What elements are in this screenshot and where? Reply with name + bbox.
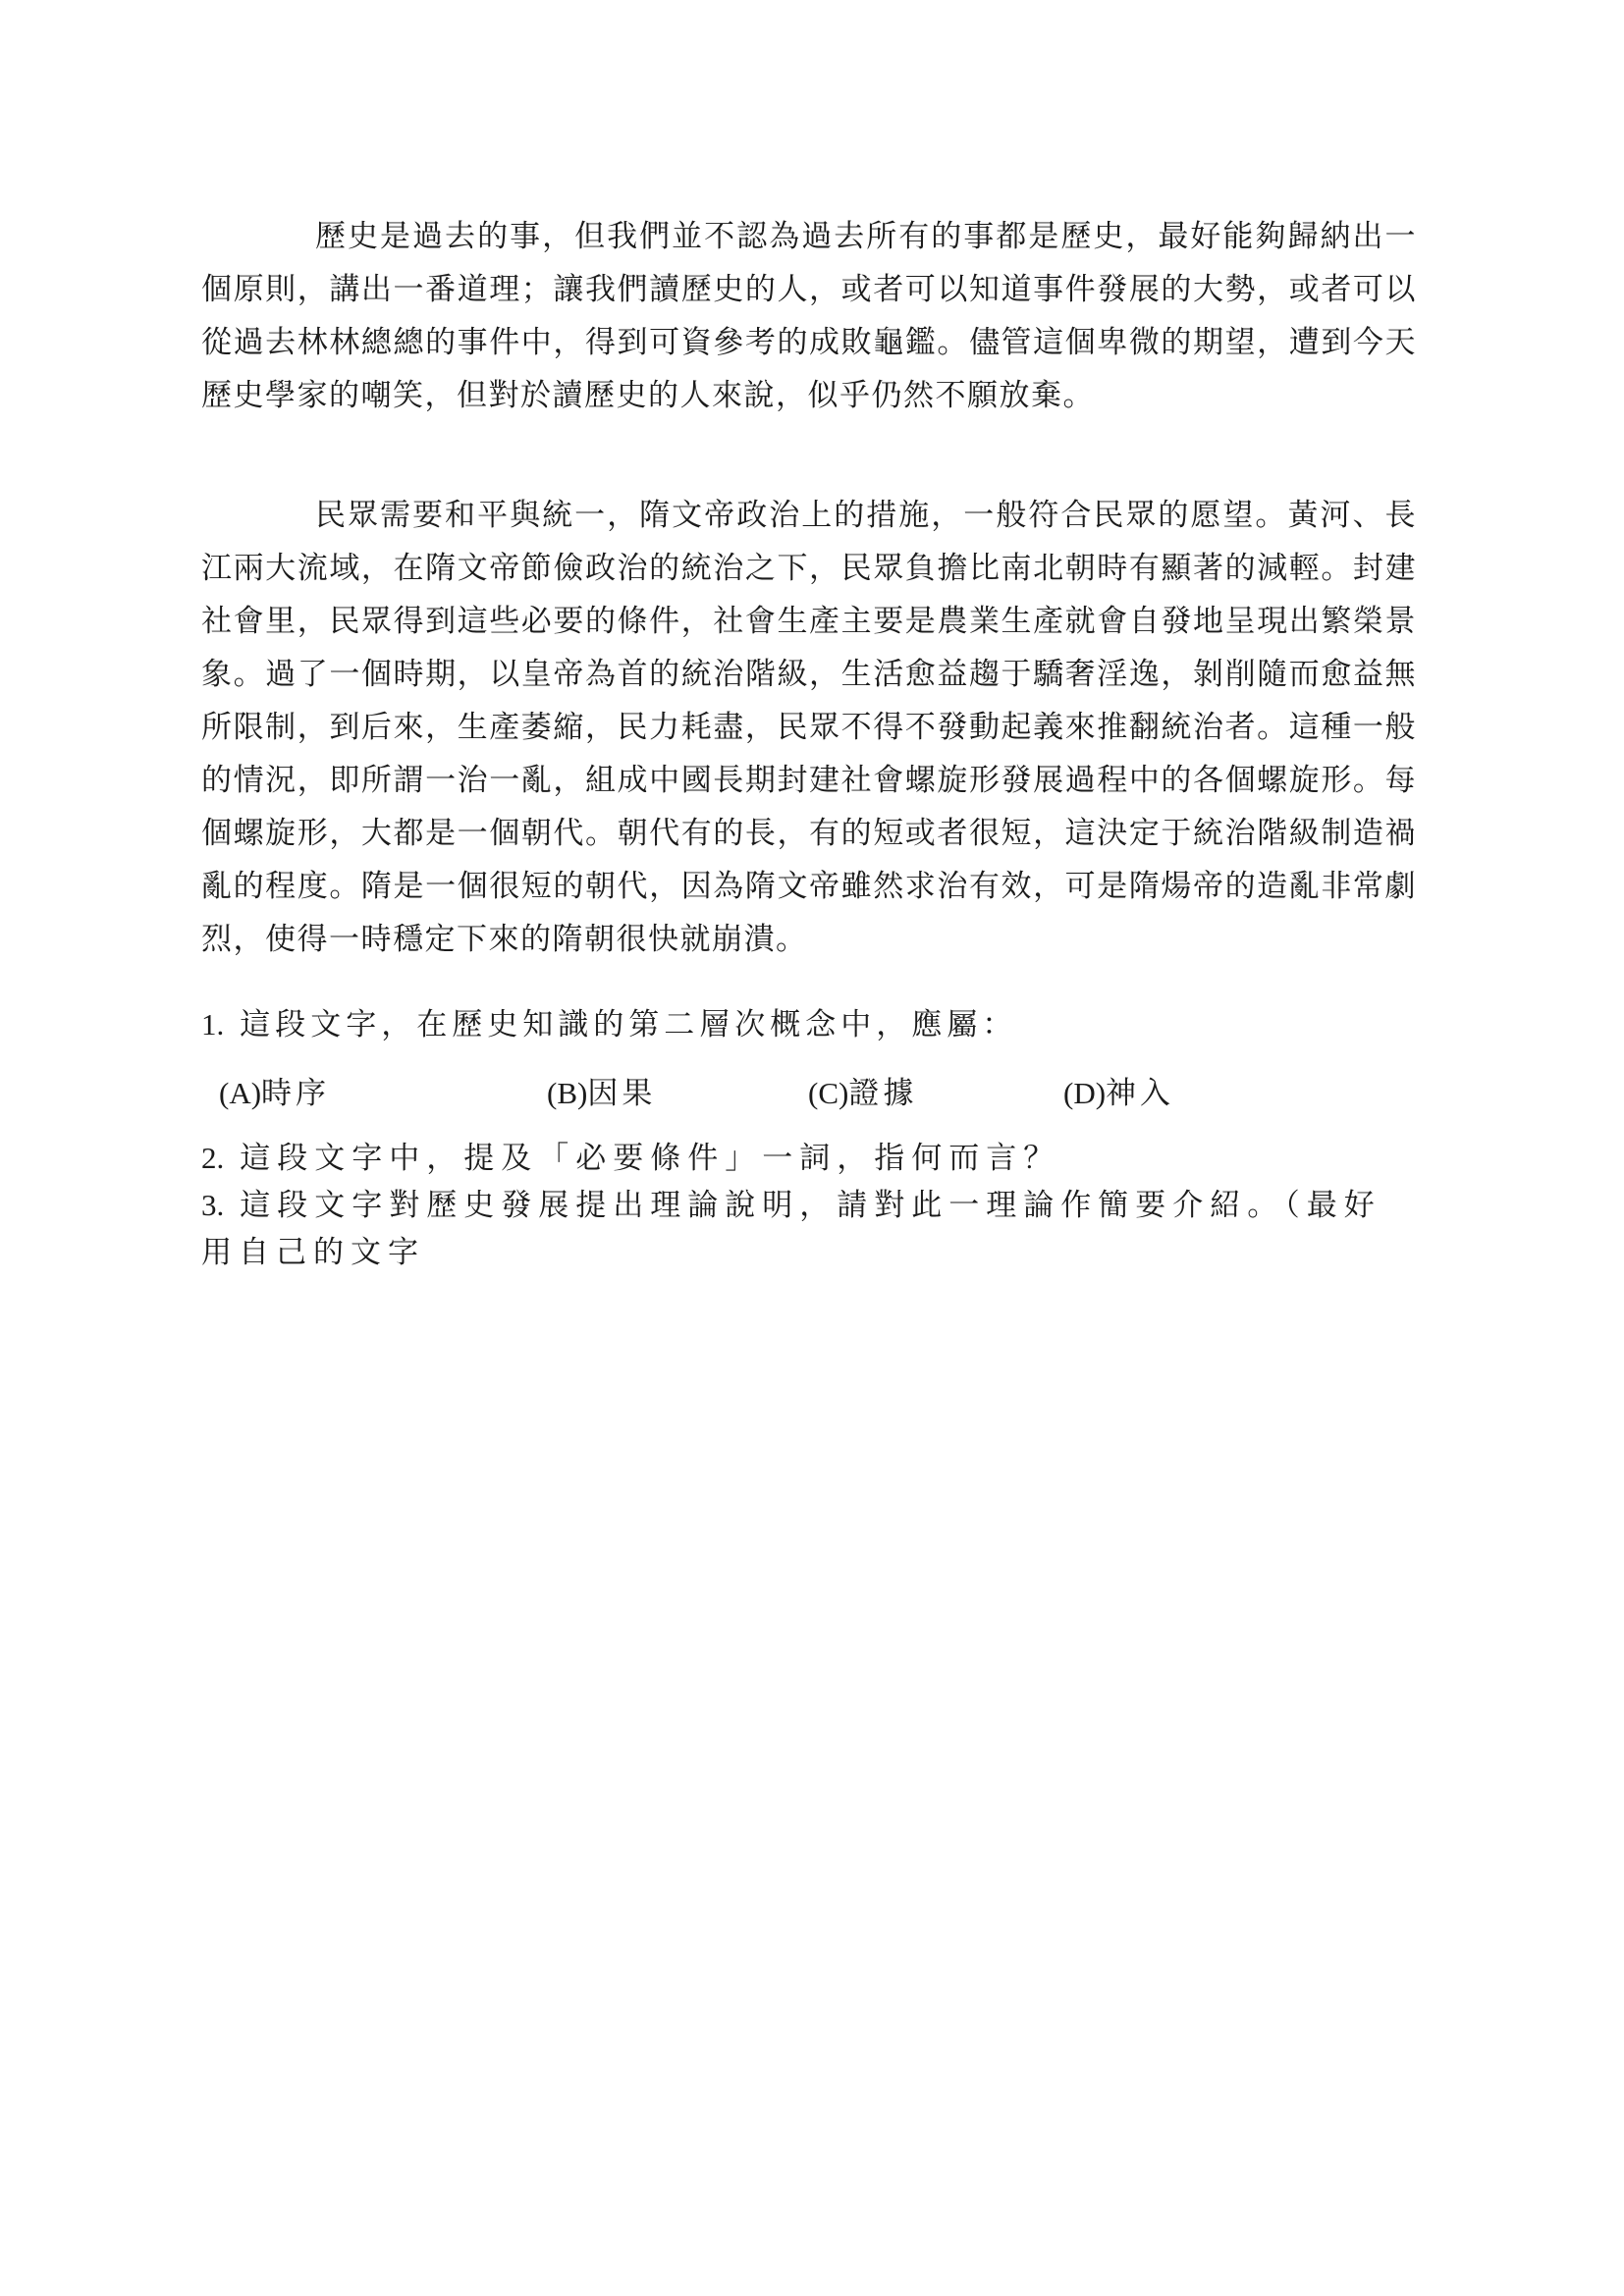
option-b-label: (B) <box>547 1076 587 1110</box>
question-3-text: 這段文字對歷史發展提出理論說明，請對此一理論作簡要介紹。（最好用自己的文字 <box>201 1188 1381 1269</box>
option-d-label: (D) <box>1063 1076 1106 1110</box>
option-d: (D)神入 <box>1063 1070 1174 1117</box>
question-2: 2.這段文字中，提及「必要條件」一詞，指何而言？ <box>201 1135 1417 1182</box>
passage-paragraph-2: 民眾需要和平與統一，隋文帝政治上的措施，一般符合民眾的愿望。黃河、長江兩大流域，… <box>201 489 1417 966</box>
option-a: (A)時序 <box>219 1070 547 1117</box>
question-1-text: 這段文字，在歷史知識的第二層次概念中，應屬： <box>240 1007 1017 1041</box>
option-a-label: (A) <box>219 1076 261 1110</box>
question-1-options: (A)時序(B)因果(C)證據(D)神入 <box>201 1070 1417 1117</box>
option-d-text: 神入 <box>1106 1076 1174 1110</box>
questions-section: 1.這段文字，在歷史知識的第二層次概念中，應屬： (A)時序(B)因果(C)證據… <box>201 1001 1417 1276</box>
option-c-text: 證據 <box>848 1076 917 1110</box>
option-c: (C)證據 <box>808 1070 1063 1117</box>
text-block: 歷史是過去的事，但我們並不認為過去所有的事都是歷史，最好能夠歸納出一個原則，講出… <box>201 210 1417 1276</box>
question-3-number: 3. <box>201 1188 224 1222</box>
option-b: (B)因果 <box>547 1070 808 1117</box>
question-2-text: 這段文字中，提及「必要條件」一詞，指何而言？ <box>240 1141 1060 1175</box>
option-a-text: 時序 <box>261 1076 330 1110</box>
passage-paragraph-1: 歷史是過去的事，但我們並不認為過去所有的事都是歷史，最好能夠歸納出一個原則，講出… <box>201 210 1417 422</box>
question-2-number: 2. <box>201 1141 224 1175</box>
option-c-label: (C) <box>808 1076 848 1110</box>
option-b-text: 因果 <box>587 1076 656 1110</box>
question-1: 1.這段文字，在歷史知識的第二層次概念中，應屬： <box>201 1001 1417 1048</box>
question-3: 3.這段文字對歷史發展提出理論說明，請對此一理論作簡要介紹。（最好用自己的文字 <box>201 1182 1417 1276</box>
question-1-number: 1. <box>201 1007 224 1041</box>
document-page: 歷史是過去的事，但我們並不認為過去所有的事都是歷史，最好能夠歸納出一個原則，講出… <box>0 0 1624 2296</box>
